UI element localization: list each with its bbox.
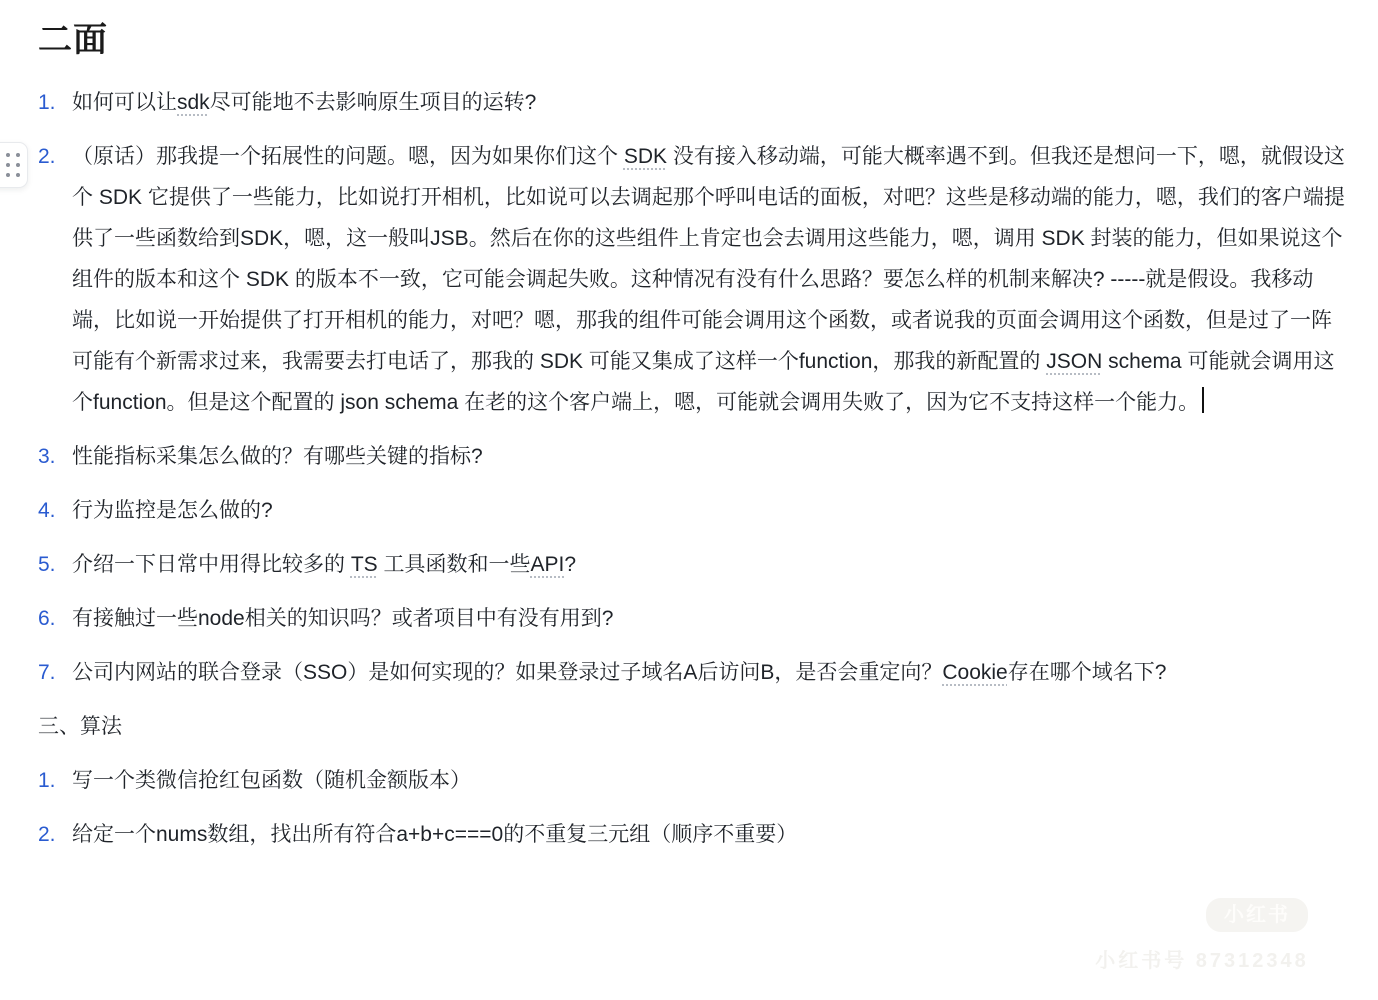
list-item: 2. 给定一个nums数组，找出所有符合a+b+c===0的不重复三元组（顺序不…	[38, 814, 1350, 855]
text-run: 给定一个nums数组，找出所有符合a+b+c===0的不重复三元组（顺序不重要）	[72, 823, 797, 846]
list-item: 1. 写一个类微信抢红包函数（随机金额版本）	[38, 760, 1350, 801]
list-item-number: 3.	[38, 436, 72, 477]
underlined-term: JSON	[1046, 350, 1102, 373]
text-run: 公司内网站的联合登录（SSO）是如何实现的？如果登录过子域名A后访问B，是否会重…	[72, 661, 942, 684]
underlined-term: Cookie	[942, 661, 1007, 684]
text-run: 没有接入移动端，可能大概率遇不到。但我还是想问一下，嗯，就假设这个 SDK 它提…	[72, 145, 1345, 373]
list-item: 4. 行为监控是怎么做的?	[38, 490, 1350, 531]
text-run: （原话）那我提一个拓展性的问题。嗯，因为如果你们这个	[72, 145, 624, 168]
underlined-term: sdk	[177, 91, 210, 114]
question-text[interactable]: 公司内网站的联合登录（SSO）是如何实现的？如果登录过子域名A后访问B，是否会重…	[72, 652, 1350, 693]
underlined-term: API	[531, 553, 565, 576]
text-run: 写一个类微信抢红包函数（随机金额版本）	[72, 769, 471, 792]
question-text[interactable]: 如何可以让sdk尽可能地不去影响原生项目的运转?	[72, 82, 1350, 123]
grip-dots-icon	[6, 153, 20, 177]
question-text[interactable]: （原话）那我提一个拓展性的问题。嗯，因为如果你们这个 SDK 没有接入移动端，可…	[72, 136, 1350, 423]
page-title[interactable]: 二面	[38, 18, 1350, 62]
text-run: 存在哪个域名下?	[1008, 661, 1167, 684]
xiaohongshu-watermark: 小红书 小红书号 87312348	[1072, 898, 1332, 973]
list-item: 1. 如何可以让sdk尽可能地不去影响原生项目的运转?	[38, 82, 1350, 123]
document-page: 二面 1. 如何可以让sdk尽可能地不去影响原生项目的运转? 2. （原话）那我…	[38, 18, 1350, 868]
xiaohongshu-logo-badge: 小红书	[1206, 898, 1308, 932]
list-item: 6. 有接触过一些node相关的知识吗？或者项目中有没有用到?	[38, 598, 1350, 639]
text-run: 介绍一下日常中用得比较多的	[72, 553, 351, 576]
list-item-number: 5.	[38, 544, 72, 585]
text-run: 行为监控是怎么做的?	[72, 499, 273, 522]
underlined-term: TS	[351, 553, 378, 576]
text-run: 有接触过一些node相关的知识吗？或者项目中有没有用到?	[72, 607, 613, 630]
list-item-number: 1.	[38, 82, 72, 123]
question-list-round2: 1. 如何可以让sdk尽可能地不去影响原生项目的运转? 2. （原话）那我提一个…	[38, 82, 1350, 693]
xiaohongshu-id-text: 小红书号 87312348	[1072, 944, 1332, 973]
question-text[interactable]: 性能指标采集怎么做的？有哪些关键的指标?	[72, 436, 1350, 477]
question-text[interactable]: 有接触过一些node相关的知识吗？或者项目中有没有用到?	[72, 598, 1350, 639]
text-run: 工具函数和一些	[378, 553, 531, 576]
text-run: 如何可以让	[72, 91, 177, 114]
underlined-term: SDK	[624, 145, 667, 168]
list-item-number: 2.	[38, 136, 72, 177]
text-run: ?	[564, 553, 576, 576]
list-item: 3. 性能指标采集怎么做的？有哪些关键的指标?	[38, 436, 1350, 477]
section-heading-algorithm[interactable]: 三、算法	[38, 706, 1350, 747]
list-item-number: 2.	[38, 814, 72, 855]
question-text[interactable]: 行为监控是怎么做的?	[72, 490, 1350, 531]
list-item: 2. （原话）那我提一个拓展性的问题。嗯，因为如果你们这个 SDK 没有接入移动…	[38, 136, 1350, 423]
list-item-number: 1.	[38, 760, 72, 801]
question-text[interactable]: 写一个类微信抢红包函数（随机金额版本）	[72, 760, 1350, 801]
question-list-algorithm: 1. 写一个类微信抢红包函数（随机金额版本） 2. 给定一个nums数组，找出所…	[38, 760, 1350, 855]
list-item: 7. 公司内网站的联合登录（SSO）是如何实现的？如果登录过子域名A后访问B，是…	[38, 652, 1350, 693]
list-item-number: 4.	[38, 490, 72, 531]
question-text[interactable]: 介绍一下日常中用得比较多的 TS 工具函数和一些API?	[72, 544, 1350, 585]
text-run: 性能指标采集怎么做的？有哪些关键的指标?	[72, 445, 483, 468]
list-item: 5. 介绍一下日常中用得比较多的 TS 工具函数和一些API?	[38, 544, 1350, 585]
list-item-number: 6.	[38, 598, 72, 639]
text-run: 尽可能地不去影响原生项目的运转?	[210, 91, 537, 114]
list-item-number: 7.	[38, 652, 72, 693]
text-cursor	[1202, 387, 1204, 413]
question-text[interactable]: 给定一个nums数组，找出所有符合a+b+c===0的不重复三元组（顺序不重要）	[72, 814, 1350, 855]
drag-handle-icon[interactable]	[0, 142, 28, 188]
